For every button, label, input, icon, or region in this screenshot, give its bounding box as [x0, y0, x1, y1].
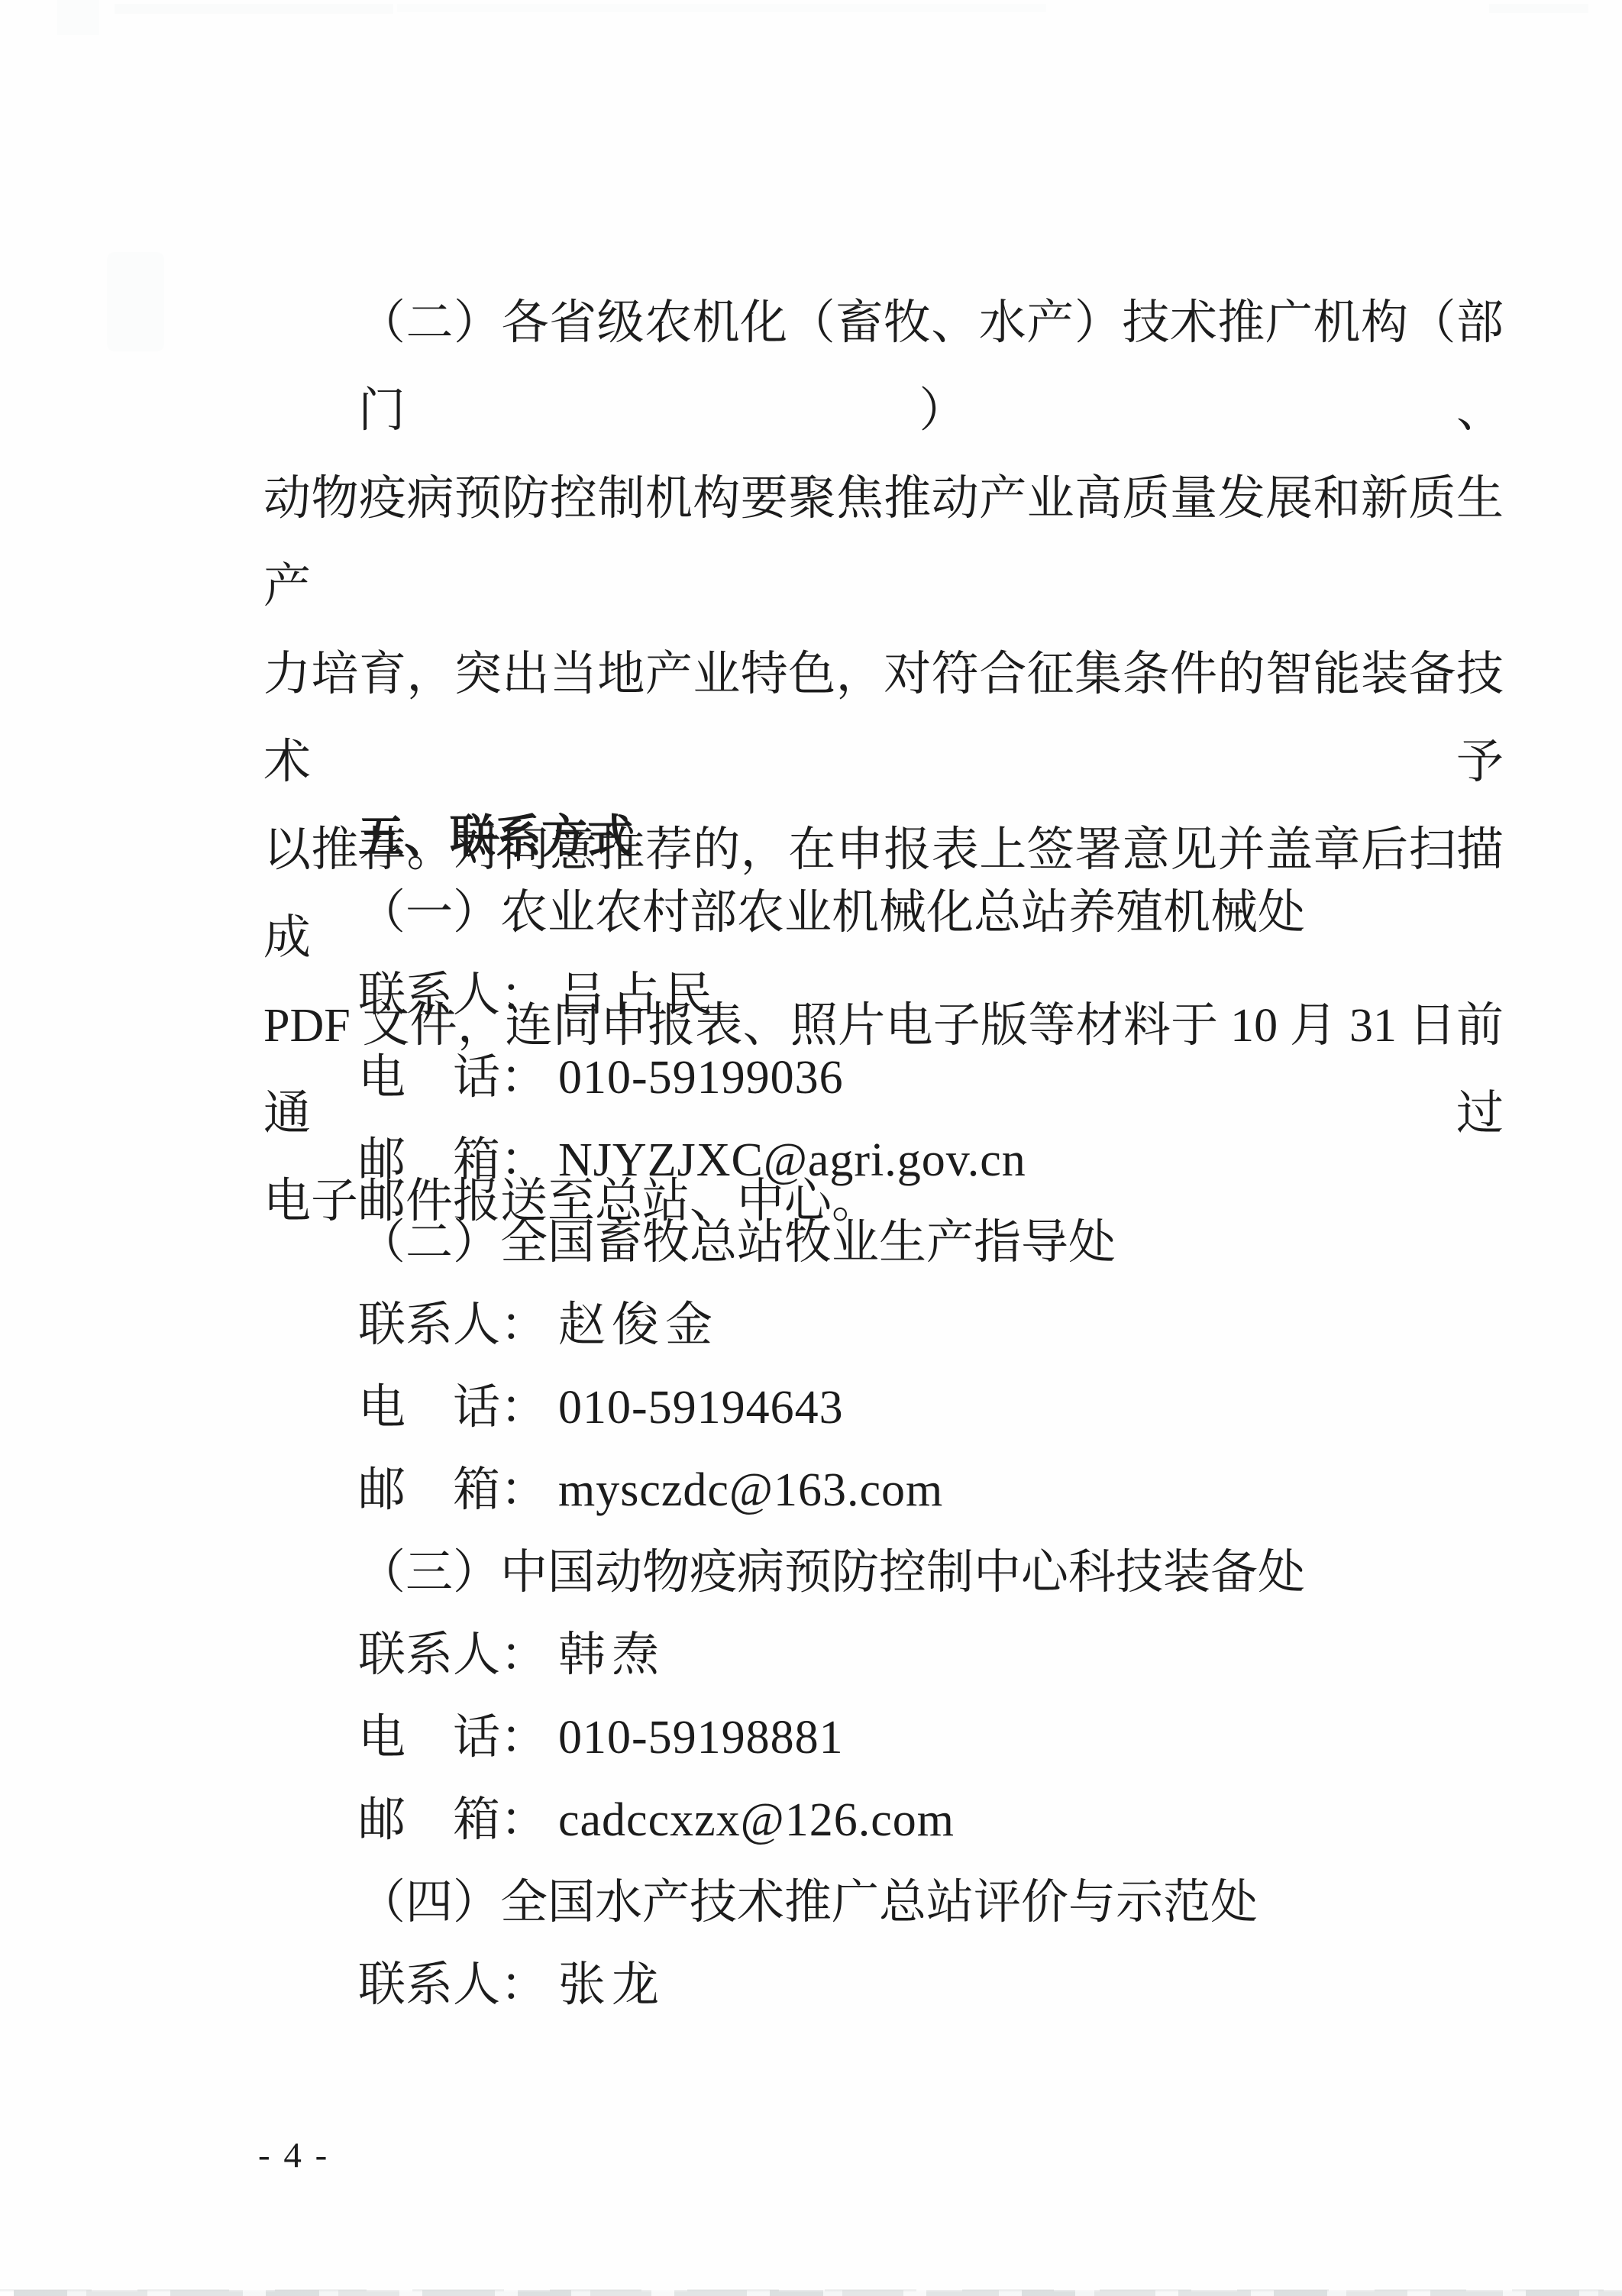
contact-person-label: 联系人：: [358, 1959, 548, 2011]
contact-title: （一）农业农村部农业机械化总站养殖机械处: [263, 872, 1504, 954]
scan-artifact-top-strip: [115, 4, 393, 14]
scan-artifact-bottom-line: [14, 2290, 1622, 2296]
contact-phone-label: 电 话：: [358, 1052, 548, 1104]
contact-phone-number: 010-59194643: [558, 1382, 844, 1434]
contact-person-label: 联系人：: [358, 1299, 548, 1351]
scan-artifact-left-blob: [107, 252, 164, 351]
contact-phone-label: 电 话：: [358, 1382, 548, 1434]
contact-email-line: 邮 箱：NJYZJXC@agri.gov.cn: [263, 1119, 1504, 1201]
scan-artifact-top-strip: [397, 4, 1046, 12]
contact-email-line: 邮 箱：cadccxzx@126.com: [263, 1779, 1504, 1861]
section-heading: 五、联系方式: [263, 795, 1504, 879]
section-heading-block: 五、联系方式: [263, 795, 1504, 879]
contact-block: （一）农业农村部农业机械化总站养殖机械处 联系人：吕占民 电 话：010-591…: [263, 872, 1504, 1201]
contact-email-line: 邮 箱：mysczdc@163.com: [263, 1449, 1504, 1531]
contact-phone-line: 电 话：010-59199036: [263, 1036, 1504, 1119]
scan-artifact-top-right: [1489, 4, 1588, 13]
document-page: （二）各省级农机化（畜牧、水产）技术推广机构（部门）、 动物疫病预防控制机构要聚…: [0, 0, 1622, 2296]
contacts-list: （一）农业农村部农业机械化总站养殖机械处 联系人：吕占民 电 话：010-591…: [263, 872, 1504, 2026]
contact-person-line: 联系人：韩焘: [263, 1614, 1504, 1696]
scan-artifact-bottom-line: [0, 2289, 1622, 2291]
contact-person-line: 联系人：吕占民: [263, 954, 1504, 1036]
contact-phone-label: 电 话：: [358, 1712, 548, 1764]
contact-email-label: 邮 箱：: [358, 1794, 548, 1846]
contact-person-name: 张龙: [558, 1959, 665, 2011]
contact-block: （二）全国畜牧总站牧业生产指导处 联系人：赵俊金 电 话：010-5919464…: [263, 1201, 1504, 1531]
contact-email-address: mysczdc@163.com: [558, 1464, 943, 1516]
contact-title: （三）中国动物疫病预防控制中心科技装备处: [263, 1531, 1504, 1614]
contact-block: （四）全国水产技术推广总站评价与示范处 联系人：张龙: [263, 1861, 1504, 2026]
scan-artifact-top-left: [57, 0, 99, 35]
contact-phone-number: 010-59198881: [558, 1712, 844, 1764]
contact-email-address: NJYZJXC@agri.gov.cn: [558, 1134, 1026, 1186]
contact-person-line: 联系人：赵俊金: [263, 1284, 1504, 1366]
contact-email-address: cadccxzx@126.com: [558, 1794, 955, 1846]
contact-email-label: 邮 箱：: [358, 1134, 548, 1186]
paragraph-line: （二）各省级农机化（畜牧、水产）技术推广机构（部门）、: [263, 280, 1504, 455]
paragraph-line: 力培育，突出当地产业特色，对符合征集条件的智能装备技术予: [263, 631, 1504, 807]
page-number: - 4 -: [258, 2133, 329, 2178]
contact-phone-number: 010-59199036: [558, 1052, 844, 1104]
contact-title: （四）全国水产技术推广总站评价与示范处: [263, 1861, 1504, 1944]
contact-phone-line: 电 话：010-59194643: [263, 1366, 1504, 1449]
contact-title: （二）全国畜牧总站牧业生产指导处: [263, 1201, 1504, 1284]
contact-email-label: 邮 箱：: [358, 1464, 548, 1516]
contact-person-line: 联系人：张龙: [263, 1944, 1504, 2026]
contact-person-name: 赵俊金: [558, 1299, 719, 1351]
contact-person-label: 联系人：: [358, 969, 548, 1021]
paragraph-line: 动物疫病预防控制机构要聚焦推动产业高质量发展和新质生产: [263, 455, 1504, 631]
contact-person-name: 吕占民: [558, 969, 719, 1021]
contact-person-name: 韩焘: [558, 1629, 665, 1681]
contact-block: （三）中国动物疫病预防控制中心科技装备处 联系人：韩焘 电 话：010-5919…: [263, 1531, 1504, 1861]
contact-phone-line: 电 话：010-59198881: [263, 1696, 1504, 1779]
contact-person-label: 联系人：: [358, 1629, 548, 1681]
